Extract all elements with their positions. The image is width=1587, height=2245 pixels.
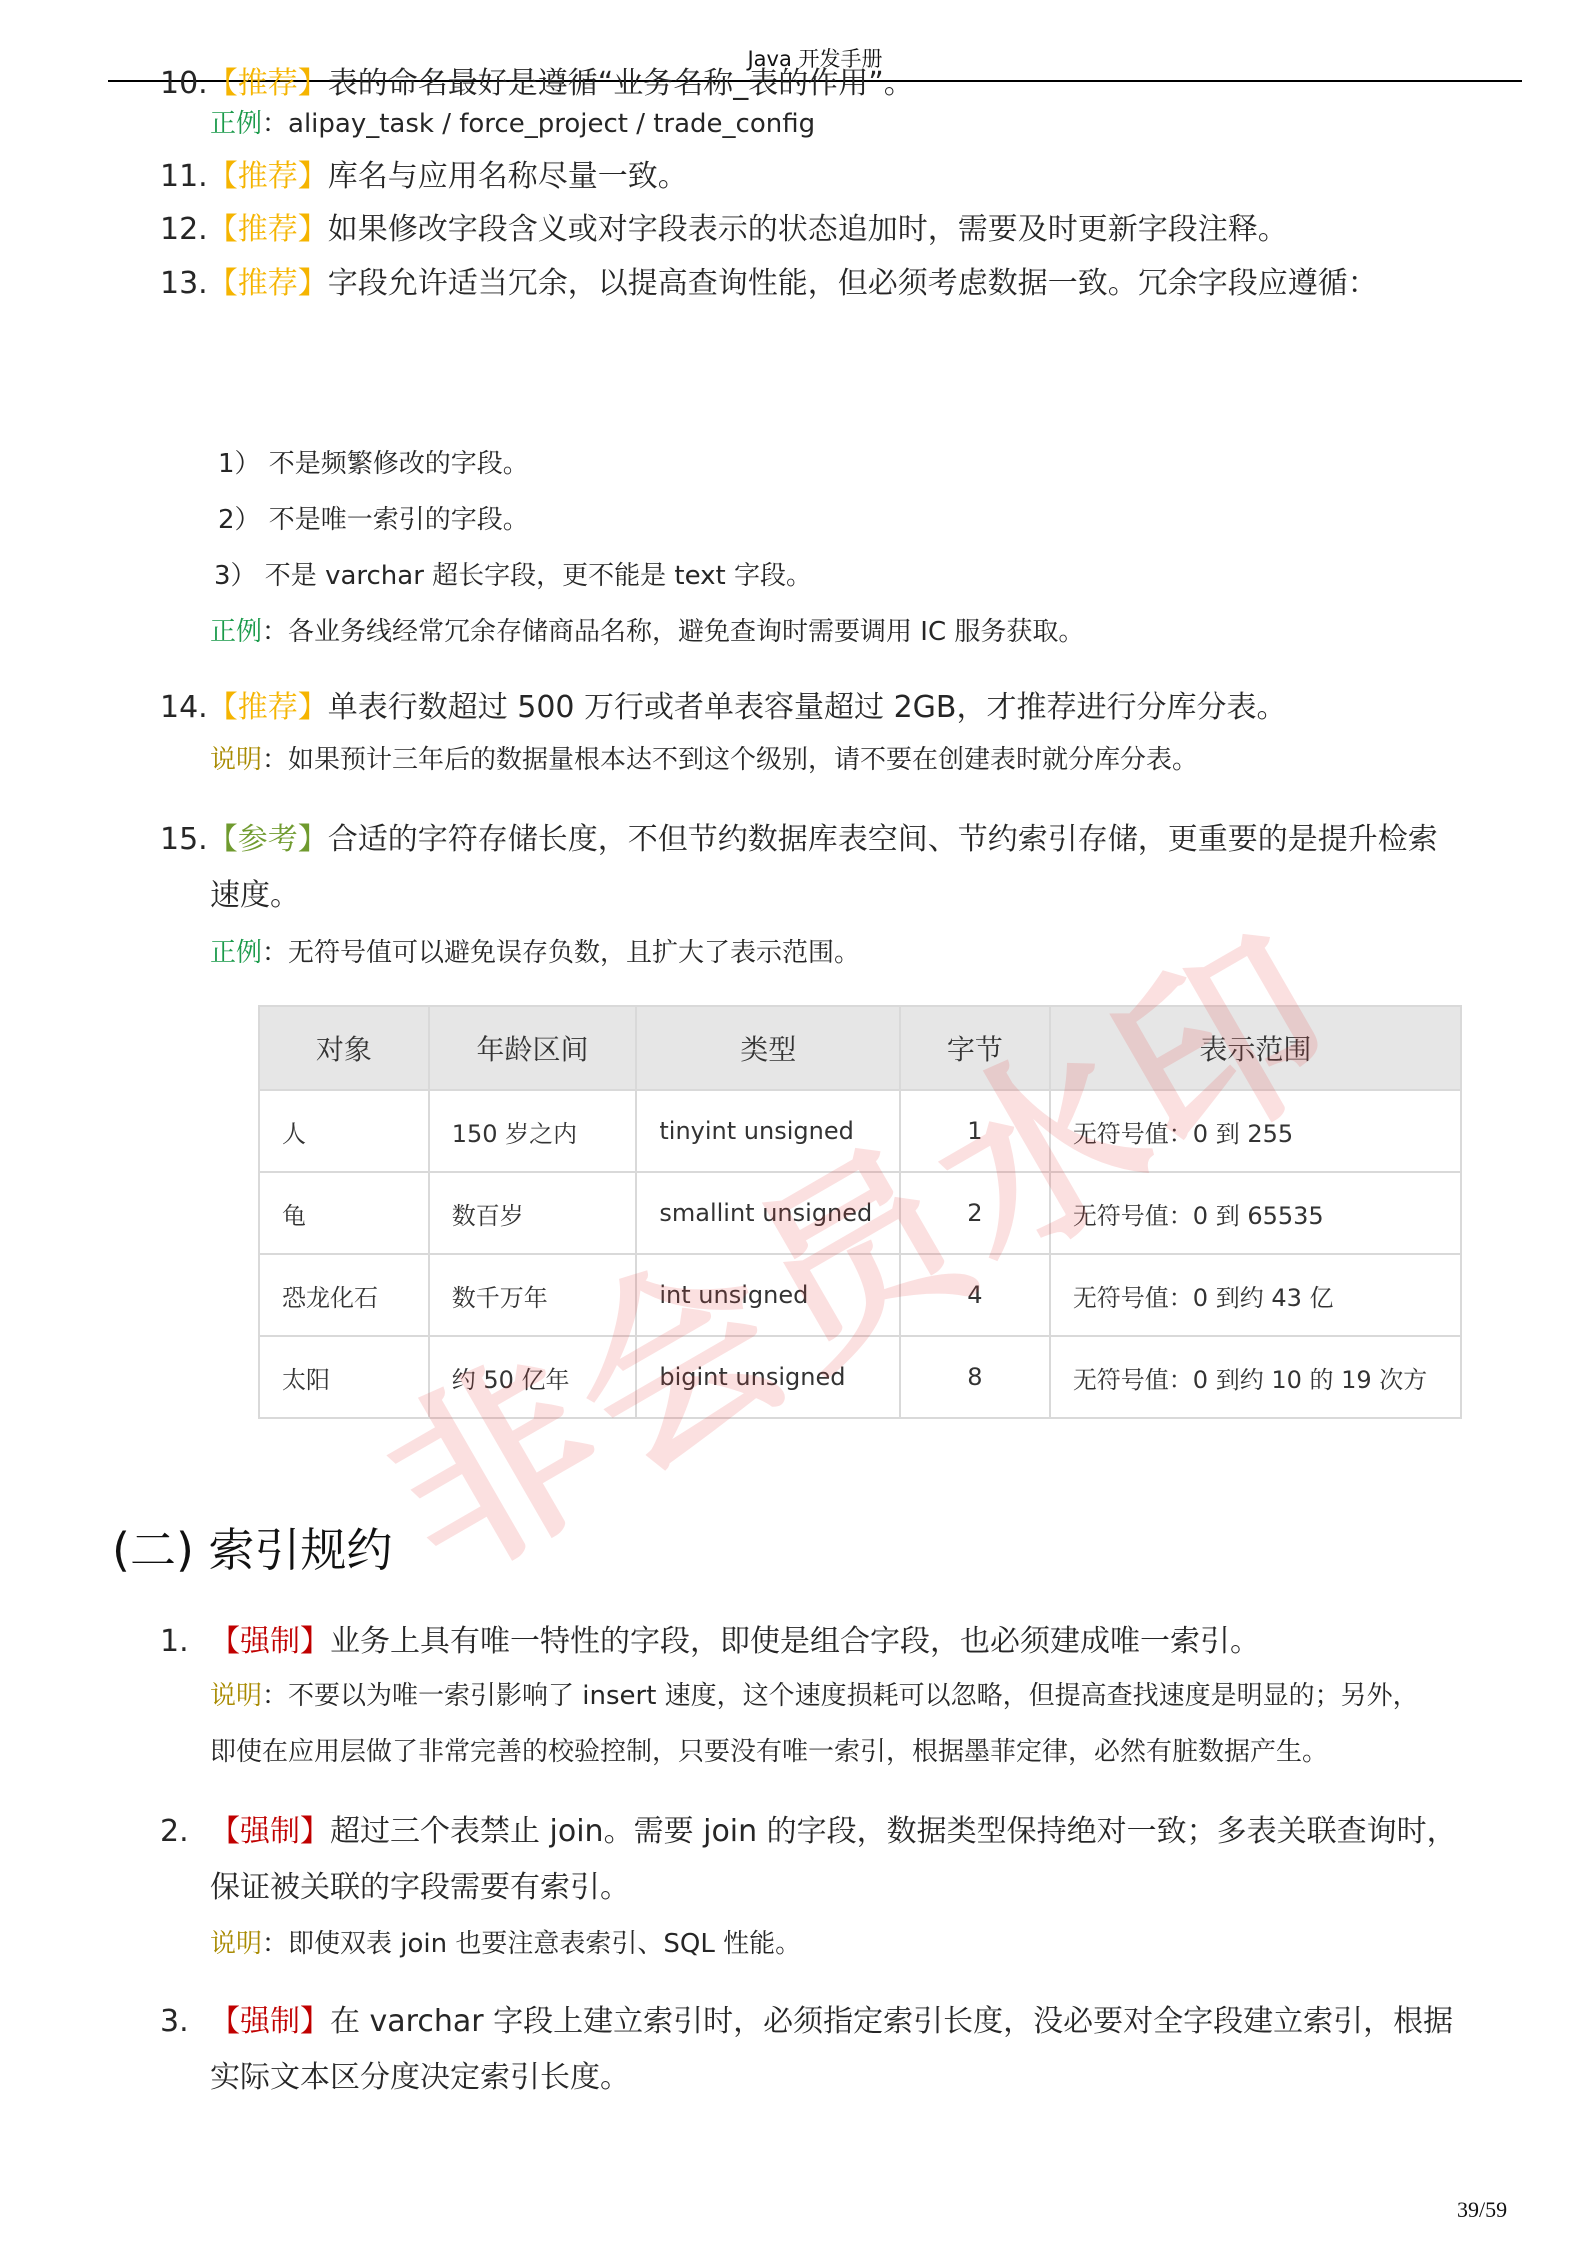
item-text: 表的命名最好是遵循“业务名称_表的作用”。 — [328, 66, 914, 101]
item-text: 合适的字符存储长度，不但节约数据库表空间、节约索引存储，更重要的是提升检索 — [328, 822, 1438, 857]
table-row: 人 150 岁之内 tinyint unsigned 1 无符号值：0 到 25… — [259, 1090, 1461, 1172]
recommend-tag: 【推荐】 — [208, 266, 328, 301]
table-cell: 约 50 亿年 — [429, 1336, 637, 1418]
item-number: 14. — [160, 688, 208, 728]
column-header: 类型 — [636, 1006, 900, 1090]
item-text: 在 varchar 字段上建立索引时，必须指定索引长度，没必要对全字段建立索引，… — [330, 2004, 1453, 2039]
unsigned-types-table: 对象 年龄区间 类型 字节 表示范围 人 150 岁之内 tinyint uns… — [258, 1005, 1462, 1419]
table-header-row: 对象 年龄区间 类型 字节 表示范围 — [259, 1006, 1461, 1090]
table-cell: tinyint unsigned — [636, 1090, 900, 1172]
mandatory-tag: 【强制】 — [210, 2004, 330, 2039]
example-label: 正例 — [210, 617, 262, 647]
note-line: 说明：不要以为唯一索引影响了 insert 速度，这个速度损耗可以忽略，但提高查… — [210, 1678, 1419, 1714]
recommend-tag: 【推荐】 — [208, 159, 328, 194]
table-cell: 8 — [900, 1336, 1050, 1418]
table-row: 太阳 约 50 亿年 bigint unsigned 8 无符号值：0 到约 1… — [259, 1336, 1461, 1418]
section-title: (二) 索引规约 — [112, 1520, 393, 1580]
column-header: 对象 — [259, 1006, 429, 1090]
table-cell: 1 — [900, 1090, 1050, 1172]
item-text: 业务上具有唯一特性的字段，即使是组合字段，也必须建成唯一索引。 — [330, 1624, 1260, 1659]
example-text: ：无符号值可以避免误存负数，且扩大了表示范围。 — [262, 938, 860, 968]
example-line: 正例：alipay_task / force_project / trade_c… — [210, 106, 815, 142]
table-cell: 2 — [900, 1172, 1050, 1254]
table-cell: 4 — [900, 1254, 1050, 1336]
example-line: 正例：无符号值可以避免误存负数，且扩大了表示范围。 — [210, 935, 860, 971]
table-row: 龟 数百岁 smallint unsigned 2 无符号值：0 到 65535 — [259, 1172, 1461, 1254]
subitem-2: 2） 不是唯一索引的字段。 — [218, 502, 529, 538]
table-cell: 数百岁 — [429, 1172, 637, 1254]
rule-item-10: 10.【推荐】表的命名最好是遵循“业务名称_表的作用”。 — [160, 64, 914, 104]
index-rule-1: 1.【强制】业务上具有唯一特性的字段，即使是组合字段，也必须建成唯一索引。 — [160, 1622, 1260, 1662]
note-label: 说明 — [210, 1681, 262, 1711]
item-text-continued: 保证被关联的字段需要有索引。 — [210, 1868, 630, 1908]
item-number: 10. — [160, 64, 208, 104]
note-text: ：不要以为唯一索引影响了 insert 速度，这个速度损耗可以忽略，但提高查找速… — [262, 1681, 1419, 1711]
item-number: 2. — [160, 1812, 210, 1852]
table-cell: 恐龙化石 — [259, 1254, 429, 1336]
example-text: ：alipay_task / force_project / trade_con… — [262, 109, 815, 139]
column-header: 年龄区间 — [429, 1006, 637, 1090]
item-text: 如果修改字段含义或对字段表示的状态追加时，需要及时更新字段注释。 — [328, 212, 1288, 247]
note-label: 说明 — [210, 1929, 262, 1959]
table-cell: 无符号值：0 到约 10 的 19 次方 — [1050, 1336, 1461, 1418]
rule-item-13: 13.【推荐】字段允许适当冗余，以提高查询性能，但必须考虑数据一致。冗余字段应遵… — [160, 264, 1378, 304]
mandatory-tag: 【强制】 — [210, 1624, 330, 1659]
subitem-1: 1） 不是频繁修改的字段。 — [218, 446, 529, 482]
example-label: 正例 — [210, 109, 262, 139]
rule-item-12: 12.【推荐】如果修改字段含义或对字段表示的状态追加时，需要及时更新字段注释。 — [160, 210, 1288, 250]
rule-item-11: 11.【推荐】库名与应用名称尽量一致。 — [160, 157, 688, 197]
table-cell: 150 岁之内 — [429, 1090, 637, 1172]
note-text: ：即使双表 join 也要注意表索引、SQL 性能。 — [262, 1929, 801, 1959]
subitem-3: 3） 不是 varchar 超长字段，更不能是 text 字段。 — [214, 558, 812, 594]
item-number: 15. — [160, 820, 208, 860]
note-line: 说明：即使双表 join 也要注意表索引、SQL 性能。 — [210, 1926, 801, 1962]
mandatory-tag: 【强制】 — [210, 1814, 330, 1849]
table-row: 恐龙化石 数千万年 int unsigned 4 无符号值：0 到约 43 亿 — [259, 1254, 1461, 1336]
item-text: 单表行数超过 500 万行或者单表容量超过 2GB，才推荐进行分库分表。 — [328, 690, 1287, 725]
table-cell: bigint unsigned — [636, 1336, 900, 1418]
table-cell: 无符号值：0 到 65535 — [1050, 1172, 1461, 1254]
item-text-continued: 速度。 — [210, 876, 300, 916]
table-cell: int unsigned — [636, 1254, 900, 1336]
rule-item-15: 15.【参考】合适的字符存储长度，不但节约数据库表空间、节约索引存储，更重要的是… — [160, 820, 1438, 860]
item-number: 11. — [160, 157, 208, 197]
example-line: 正例：各业务线经常冗余存储商品名称，避免查询时需要调用 IC 服务获取。 — [210, 614, 1084, 650]
table-cell: 龟 — [259, 1172, 429, 1254]
note-text: ：如果预计三年后的数据量根本达不到这个级别，请不要在创建表时就分库分表。 — [262, 745, 1198, 775]
index-rule-2: 2.【强制】超过三个表禁止 join。需要 join 的字段，数据类型保持绝对一… — [160, 1812, 1457, 1852]
note-label: 说明 — [210, 745, 262, 775]
item-text: 库名与应用名称尽量一致。 — [328, 159, 688, 194]
example-text: ：各业务线经常冗余存储商品名称，避免查询时需要调用 IC 服务获取。 — [262, 617, 1084, 647]
table-cell: 数千万年 — [429, 1254, 637, 1336]
example-label: 正例 — [210, 938, 262, 968]
item-text: 超过三个表禁止 join。需要 join 的字段，数据类型保持绝对一致；多表关联… — [330, 1814, 1457, 1849]
recommend-tag: 【推荐】 — [208, 212, 328, 247]
page-number: 39/59 — [1457, 2197, 1507, 2223]
table-cell: 人 — [259, 1090, 429, 1172]
item-number: 3. — [160, 2002, 210, 2042]
recommend-tag: 【推荐】 — [208, 690, 328, 725]
item-number: 13. — [160, 264, 208, 304]
recommend-tag: 【推荐】 — [208, 66, 328, 101]
item-text: 字段允许适当冗余，以提高查询性能，但必须考虑数据一致。冗余字段应遵循： — [328, 266, 1378, 301]
reference-tag: 【参考】 — [208, 822, 328, 857]
table-cell: 无符号值：0 到约 43 亿 — [1050, 1254, 1461, 1336]
rule-item-14: 14.【推荐】单表行数超过 500 万行或者单表容量超过 2GB，才推荐进行分库… — [160, 688, 1287, 728]
column-header: 表示范围 — [1050, 1006, 1461, 1090]
table-cell: smallint unsigned — [636, 1172, 900, 1254]
column-header: 字节 — [900, 1006, 1050, 1090]
note-text-continued: 即使在应用层做了非常完善的校验控制，只要没有唯一索引，根据墨菲定律，必然有脏数据… — [210, 1734, 1328, 1770]
item-number: 12. — [160, 210, 208, 250]
index-rule-3: 3.【强制】在 varchar 字段上建立索引时，必须指定索引长度，没必要对全字… — [160, 2002, 1453, 2042]
item-text-continued: 实际文本区分度决定索引长度。 — [210, 2058, 630, 2098]
item-number: 1. — [160, 1622, 210, 1662]
table-cell: 无符号值：0 到 255 — [1050, 1090, 1461, 1172]
note-line: 说明：如果预计三年后的数据量根本达不到这个级别，请不要在创建表时就分库分表。 — [210, 742, 1198, 778]
table-cell: 太阳 — [259, 1336, 429, 1418]
